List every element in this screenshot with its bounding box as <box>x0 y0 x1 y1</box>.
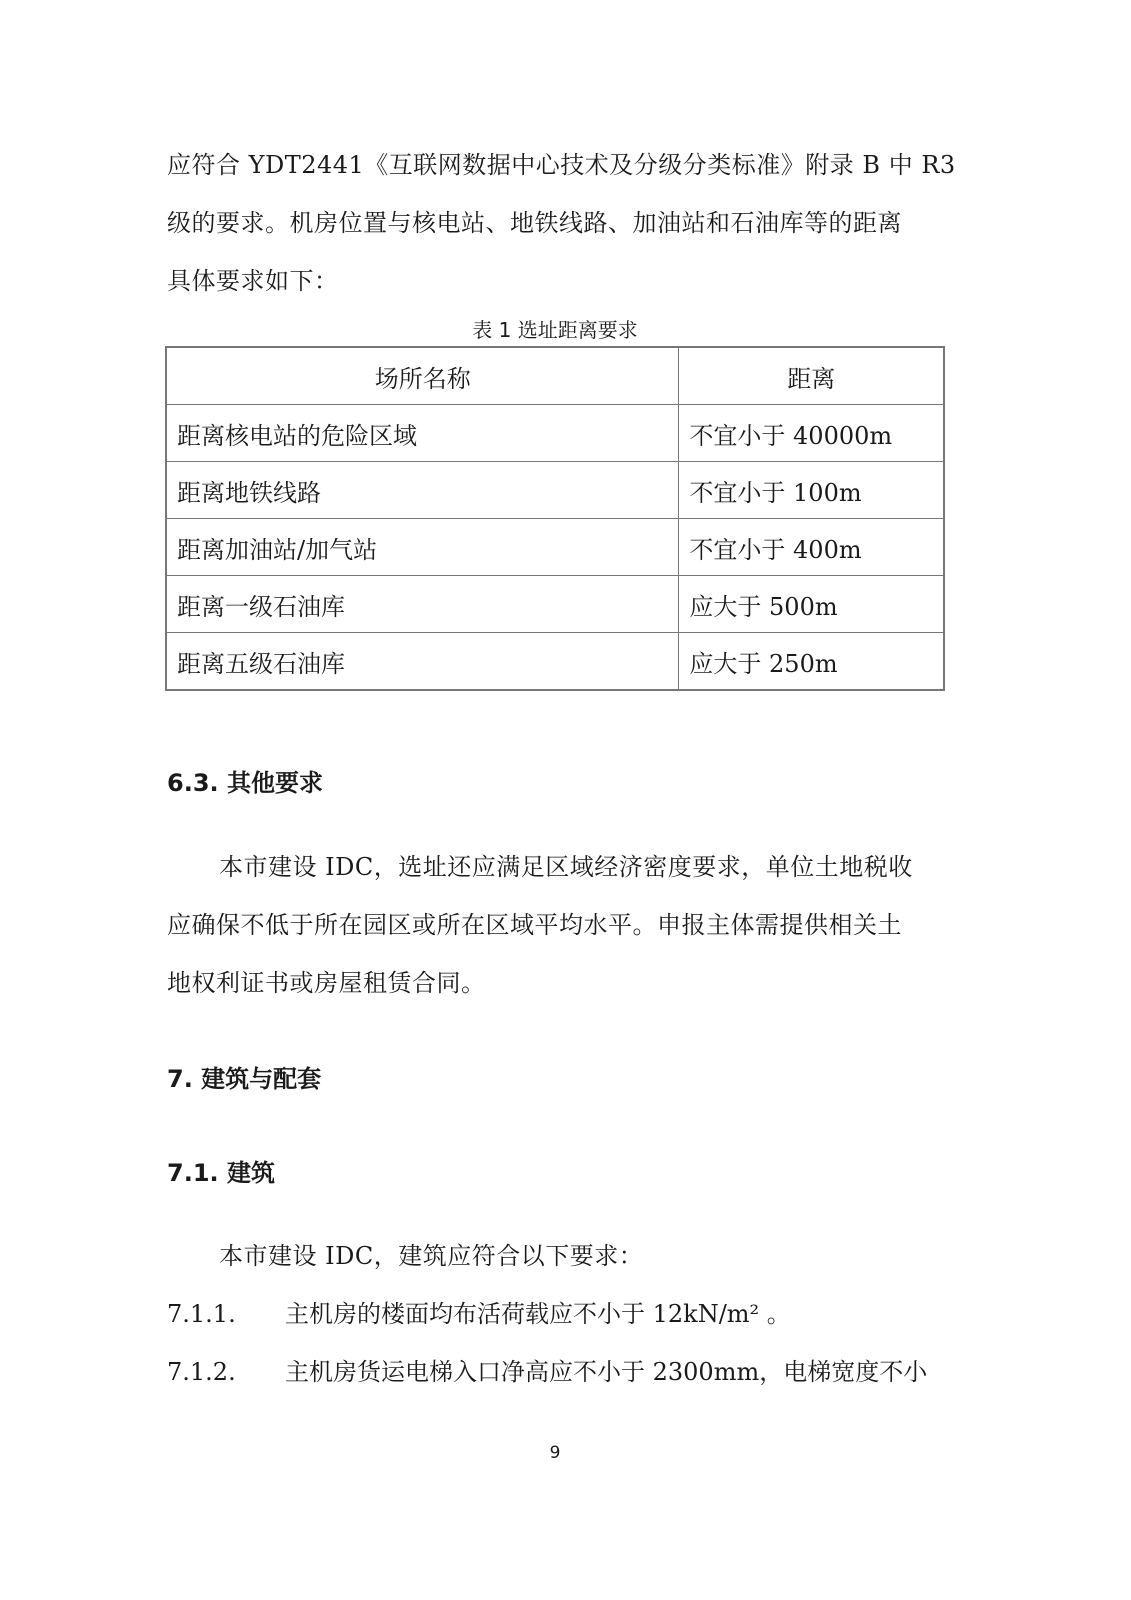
list-item-7-1-1: 7.1.1.主机房的楼面均布活荷载应不小于 12kN/m² 。 <box>167 1299 791 1329</box>
site-name-cell: 距离地铁线路 <box>166 462 679 519</box>
section-6-3-line-1: 本市建设 IDC，选址还应满足区域经济密度要求，单位土地税收 <box>219 852 913 882</box>
table-row: 距离地铁线路 不宜小于 100m <box>166 462 944 519</box>
document-page: 应符合 YDT2441《互联网数据中心技术及分级分类标准》附录 B 中 R3 级… <box>0 0 1131 1600</box>
site-name-cell: 距离五级石油库 <box>166 633 679 691</box>
site-name-cell: 距离核电站的危险区域 <box>166 405 679 462</box>
table-caption: 表 1 选址距离要求 <box>0 317 1110 343</box>
site-name-cell: 距离一级石油库 <box>166 576 679 633</box>
intro-line-1: 应符合 YDT2441《互联网数据中心技术及分级分类标准》附录 B 中 R3 <box>167 150 956 180</box>
header-distance: 距离 <box>679 347 944 405</box>
distance-cell: 不宜小于 100m <box>679 462 944 519</box>
distance-cell: 应大于 500m <box>679 576 944 633</box>
table-row: 距离一级石油库 应大于 500m <box>166 576 944 633</box>
header-site-name: 场所名称 <box>166 347 679 405</box>
distance-cell: 应大于 250m <box>679 633 944 691</box>
section-heading-7: 7. 建筑与配套 <box>167 1064 321 1094</box>
list-item-number: 7.1.1. <box>167 1299 285 1329</box>
list-item-text: 主机房的楼面均布活荷载应不小于 12kN/m² 。 <box>285 1300 791 1328</box>
list-item-number: 7.1.2. <box>167 1357 285 1387</box>
page-number: 9 <box>0 1443 1110 1463</box>
distance-requirements-table: 场所名称 距离 距离核电站的危险区域 不宜小于 40000m 距离地铁线路 不宜… <box>165 346 945 691</box>
table-row: 距离五级石油库 应大于 250m <box>166 633 944 691</box>
section-6-3-line-3: 地权利证书或房屋租赁合同。 <box>167 968 486 998</box>
table-row: 距离加油站/加气站 不宜小于 400m <box>166 519 944 576</box>
list-item-7-1-2: 7.1.2.主机房货运电梯入口净高应不小于 2300mm，电梯宽度不小 <box>167 1357 927 1387</box>
intro-line-3: 具体要求如下： <box>167 266 339 296</box>
intro-line-2: 级的要求。机房位置与核电站、地铁线路、加油站和石油库等的距离 <box>167 208 902 238</box>
section-heading-7-1: 7.1. 建筑 <box>167 1158 275 1188</box>
section-heading-6-3: 6.3. 其他要求 <box>167 768 323 798</box>
distance-cell: 不宜小于 40000m <box>679 405 944 462</box>
section-6-3-line-2: 应确保不低于所在园区或所在区域平均水平。申报主体需提供相关土 <box>167 910 902 940</box>
site-name-cell: 距离加油站/加气站 <box>166 519 679 576</box>
table-header-row: 场所名称 距离 <box>166 347 944 405</box>
table-row: 距离核电站的危险区域 不宜小于 40000m <box>166 405 944 462</box>
list-item-text: 主机房货运电梯入口净高应不小于 2300mm，电梯宽度不小 <box>285 1358 927 1386</box>
distance-cell: 不宜小于 400m <box>679 519 944 576</box>
section-7-1-intro: 本市建设 IDC，建筑应符合以下要求： <box>219 1241 643 1271</box>
